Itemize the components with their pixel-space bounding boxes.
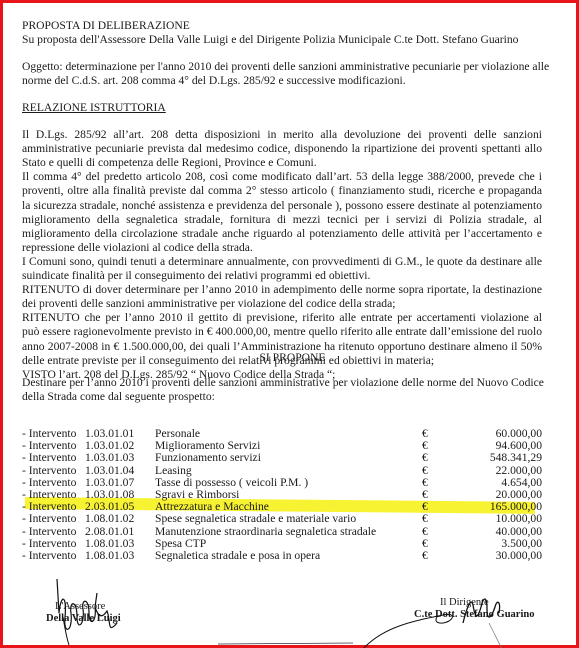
body-line: suindicate finalità per il conseguimento… [22, 269, 370, 283]
subject-line-1: Oggetto: determinazione per l'anno 2010 … [22, 60, 549, 74]
body-line: amministrative pecuniarie prevista dal m… [22, 142, 542, 156]
row-amount: 30.000,00 [452, 549, 542, 563]
subject-line-2: norme del C.d.S. art. 208 comma 4° del D… [22, 74, 406, 88]
row-type: - Intervento [22, 549, 76, 563]
body-line: Stato e quelli di competenza delle Regio… [22, 156, 317, 170]
row-code: 1.08.01.03 [85, 549, 134, 563]
body-line: I Comuni sono, quindi tenuti a determina… [22, 255, 542, 269]
body-line: può essere ragionevolmente previsto in €… [22, 325, 542, 339]
right-handwritten-signature-icon [303, 587, 543, 648]
left-handwritten-signature-icon [33, 573, 133, 648]
body-line: RITENUTO di dover determinare per l’anno… [22, 283, 542, 297]
document-heading: PROPOSTA DI DELIBERAZIONE [22, 19, 190, 33]
section-title: RELAZIONE ISTRUTTORIA [22, 101, 166, 115]
row-currency: € [422, 549, 428, 563]
body-line: miglioramento della circolazione stradal… [22, 227, 542, 241]
body-line: proventi, oltre alla finalità previste d… [22, 184, 542, 198]
proposal-title: SI PROPONE [3, 351, 579, 365]
body-line: Il D.Lgs. 285/92 all’art. 208 detta disp… [22, 128, 542, 142]
proposal-intro-line-1: Destinare per l’anno 2010 i proventi del… [22, 376, 544, 390]
body-line: la sicurezza stradale, nonché assistenza… [22, 199, 542, 213]
proposal-title-text: SI PROPONE [259, 351, 325, 364]
row-description: Segnaletica stradale e posa in opera [155, 549, 320, 563]
proposal-intro-line-2: della Strada come dal seguente prospetto… [22, 390, 215, 404]
body-line: Il comma 4° del predetto articolo 208, c… [22, 170, 542, 184]
body-line: repressione delle violazioni al codice d… [22, 241, 253, 255]
proposer-line: Su proposta dell'Assessore Della Valle L… [22, 33, 518, 47]
table-row: - Intervento1.08.01.03Segnaletica strada… [22, 549, 542, 563]
body-line: dei proventi delle sanzioni amministrati… [22, 297, 395, 311]
scanned-document-page: PROPOSTA DI DELIBERAZIONE Su proposta de… [0, 0, 579, 648]
body-line: miglioramento della segnaletica stradale… [22, 213, 542, 227]
stray-pen-line-icon [218, 641, 358, 647]
body-line: RITENUTO che per l’anno 2010 il gettito … [22, 311, 542, 325]
